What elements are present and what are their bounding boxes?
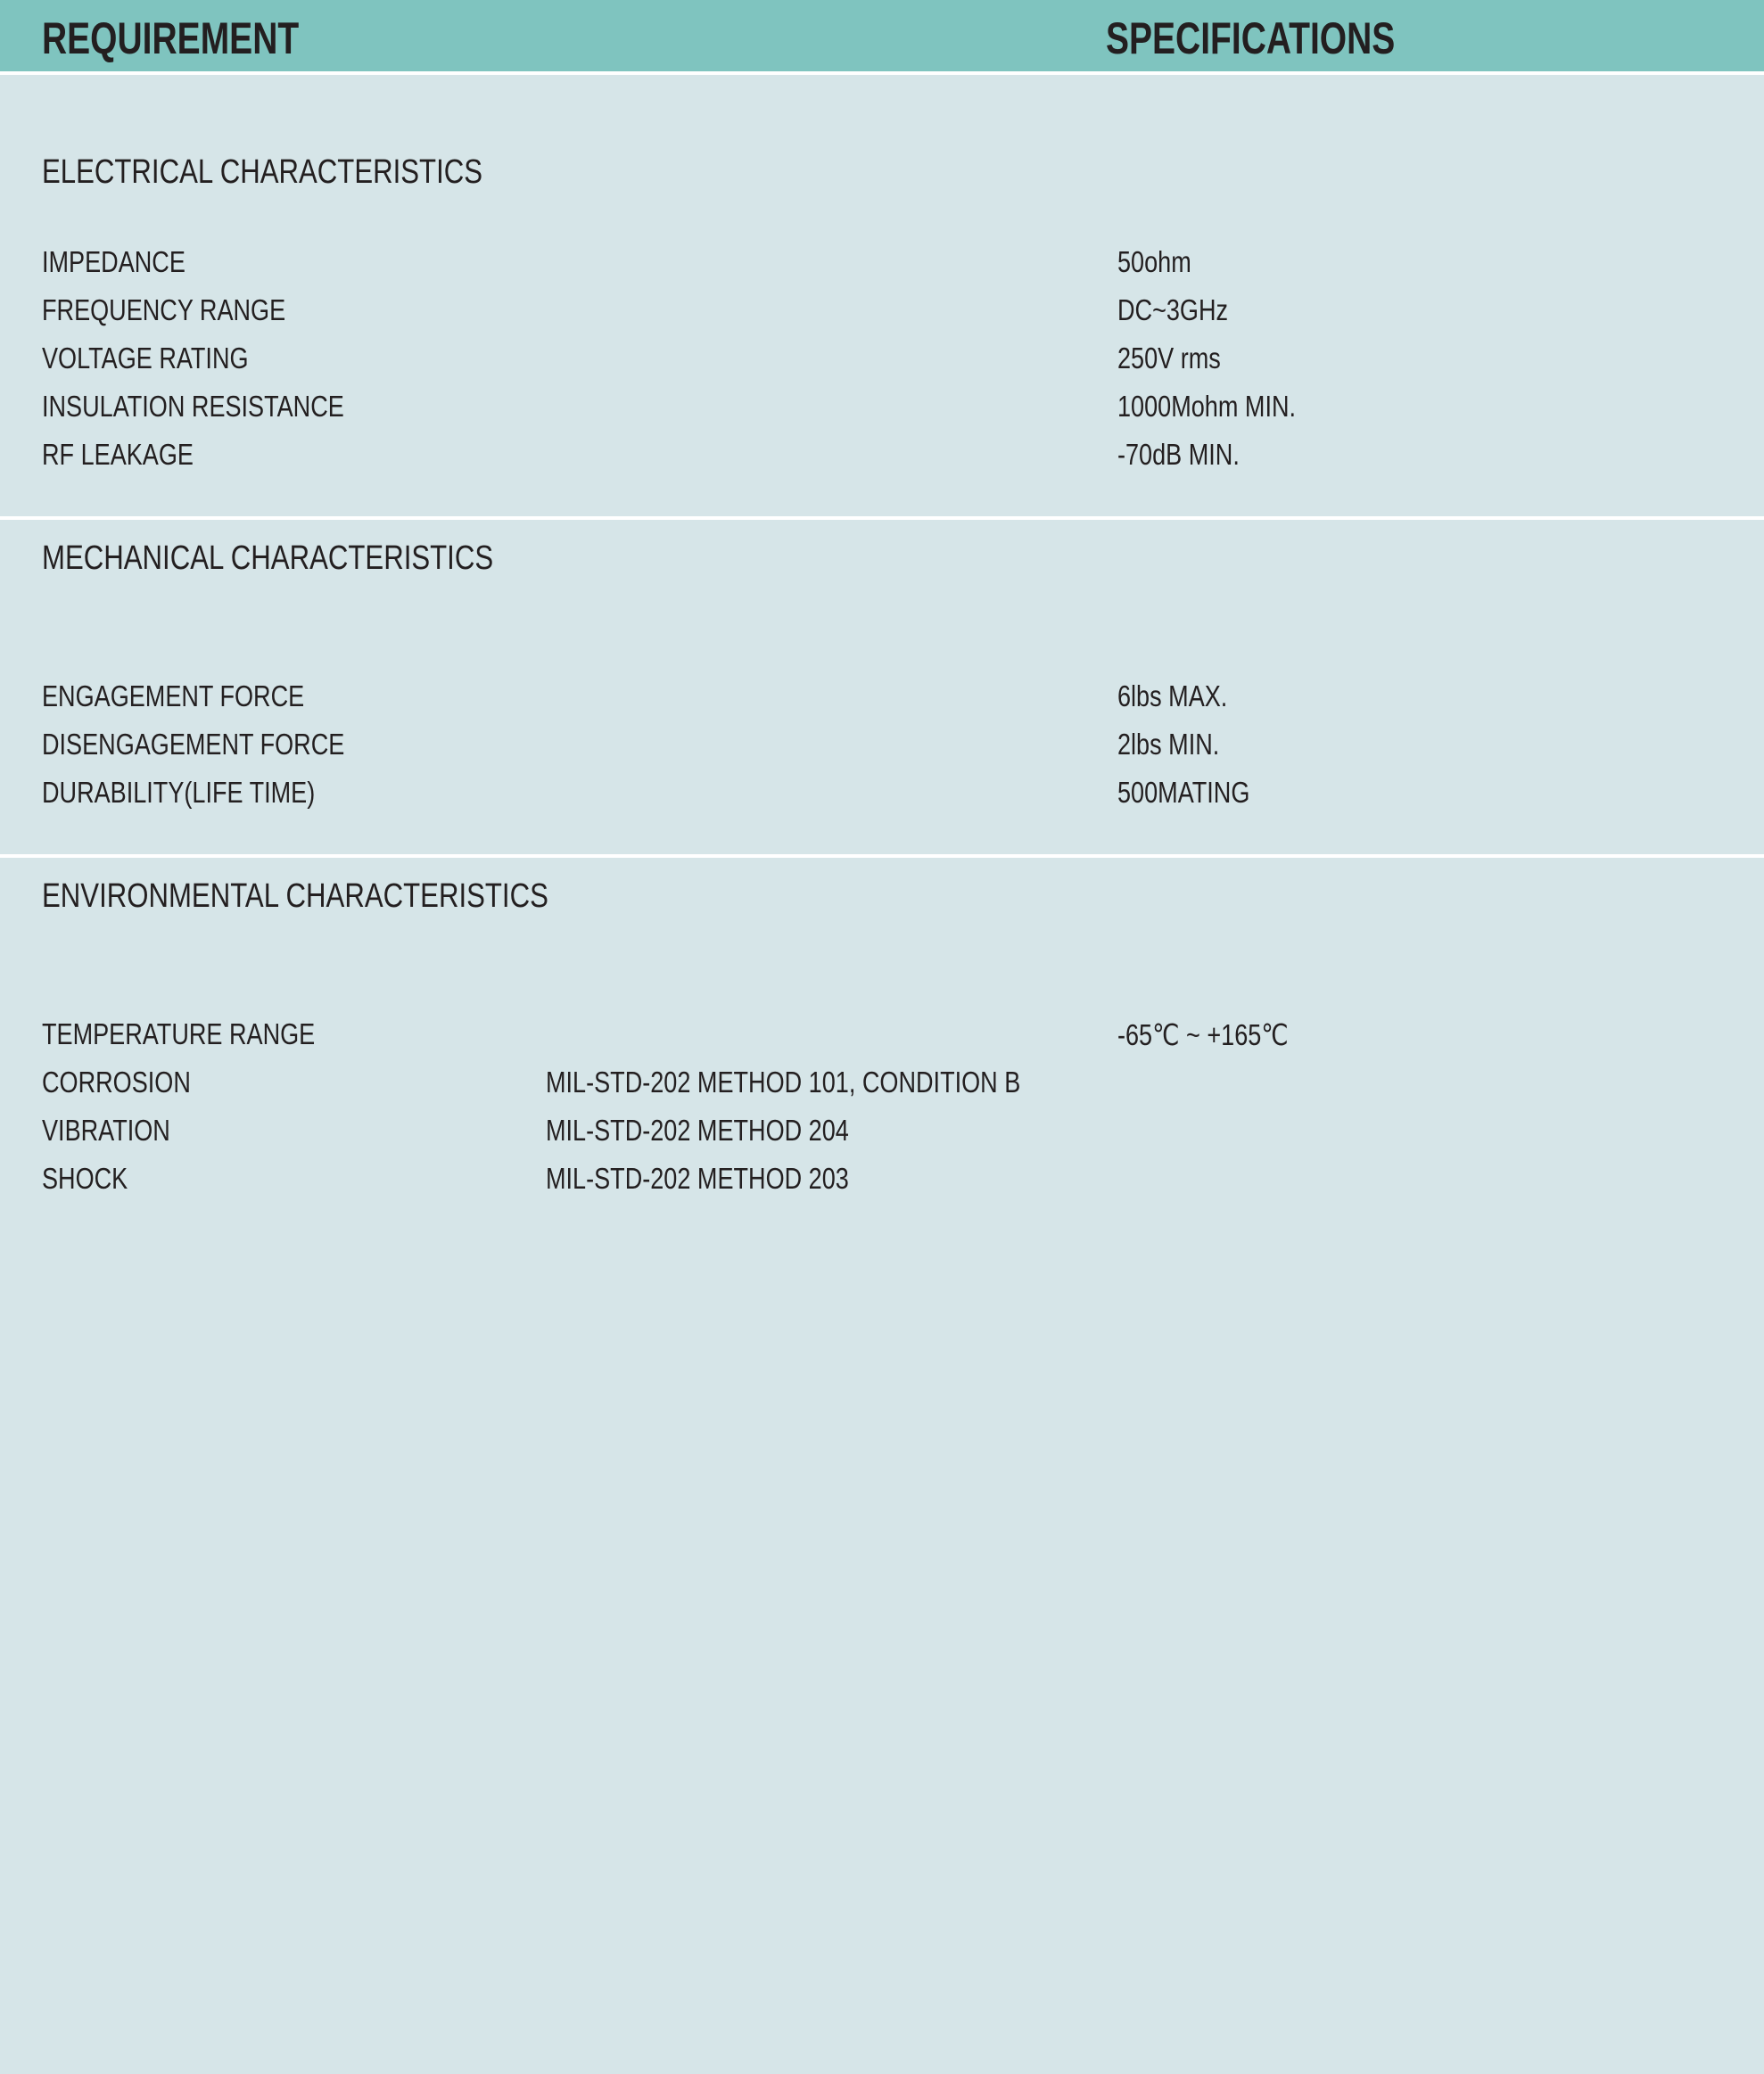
row-value: 250V rms	[1117, 342, 1221, 375]
row-value: 500MATING	[1117, 776, 1249, 810]
row-method: MIL-STD-202 METHOD 203	[546, 1162, 849, 1196]
row-label: DURABILITY(LIFE TIME)	[42, 776, 315, 810]
row-label: SHOCK	[42, 1162, 128, 1196]
row-value: -65℃ ~ +165℃	[1117, 1017, 1289, 1052]
row-label: IMPEDANCE	[42, 245, 185, 279]
row-value: 2lbs MIN.	[1117, 728, 1219, 761]
row-value: 1000Mohm MIN.	[1117, 390, 1296, 424]
row-label: CORROSION	[42, 1066, 191, 1099]
row-label: FREQUENCY RANGE	[42, 293, 285, 327]
row-label: VIBRATION	[42, 1114, 170, 1148]
row-method: MIL-STD-202 METHOD 101, CONDITION B	[546, 1066, 1020, 1099]
specifications-column-header: SPECIFICATIONS	[1106, 12, 1395, 64]
section-divider	[0, 516, 1764, 520]
requirement-column-header: REQUIREMENT	[42, 12, 299, 64]
section-title: ELECTRICAL CHARACTERISTICS	[42, 153, 482, 192]
section-divider	[0, 854, 1764, 858]
row-value: DC~3GHz	[1117, 293, 1228, 327]
row-value: 6lbs MAX.	[1117, 679, 1227, 713]
section-title: ENVIRONMENTAL CHARACTERISTICS	[42, 877, 548, 916]
row-label: DISENGAGEMENT FORCE	[42, 728, 344, 761]
row-label: INSULATION RESISTANCE	[42, 390, 344, 424]
row-label: VOLTAGE RATING	[42, 342, 249, 375]
row-value: 50ohm	[1117, 245, 1191, 279]
row-label: RF LEAKAGE	[42, 438, 194, 472]
table-header: REQUIREMENT SPECIFICATIONS	[0, 0, 1764, 75]
section-title: MECHANICAL CHARACTERISTICS	[42, 539, 493, 578]
row-label: ENGAGEMENT FORCE	[42, 679, 304, 713]
row-value: -70dB MIN.	[1117, 438, 1240, 472]
row-method: MIL-STD-202 METHOD 204	[546, 1114, 849, 1148]
row-label: TEMPERATURE RANGE	[42, 1017, 315, 1051]
